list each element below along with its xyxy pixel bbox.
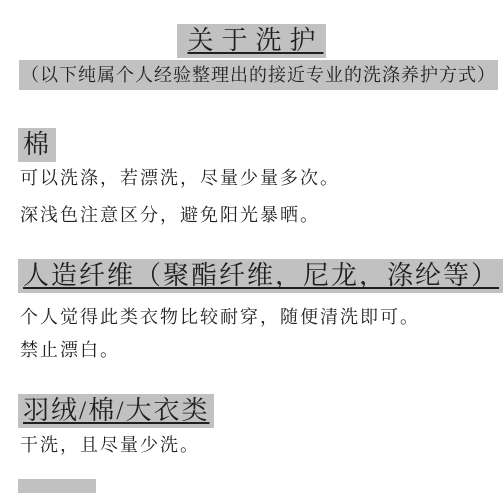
document-subtitle: （以下纯属个人经验整理出的接近专业的洗涤养护方式）: [19, 60, 498, 90]
section-heading-synthetic: 人造纤维（聚酯纤维，尼龙，涤纶等）: [18, 259, 503, 293]
subtitle-row: （以下纯属个人经验整理出的接近专业的洗涤养护方式）: [19, 60, 503, 90]
body-line: 可以洗涤，若漂洗，尽量少量多次。: [20, 168, 503, 189]
cutoff-section-highlight: [18, 479, 96, 493]
document-title: 关于洗护: [177, 24, 325, 58]
section-cotton: 棉: [18, 128, 503, 162]
body-line: 个人觉得此类衣物比较耐穿，随便清洗即可。: [20, 307, 503, 328]
body-line: 干洗，且尽量少洗。: [20, 435, 503, 456]
title-row: 关于洗护: [0, 24, 503, 58]
section-synthetic: 人造纤维（聚酯纤维，尼龙，涤纶等）: [18, 259, 503, 293]
document-page: 关于洗护 （以下纯属个人经验整理出的接近专业的洗涤养护方式） 棉 可以洗涤，若漂…: [0, 0, 503, 493]
section-heading-down-coats: 羽绒/棉/大衣类: [18, 394, 214, 428]
body-line: 深浅色注意区分，避免阳光暴晒。: [20, 205, 503, 226]
section-down-coats: 羽绒/棉/大衣类: [18, 394, 503, 428]
body-line: 禁止漂白。: [20, 340, 503, 361]
section-heading-cotton: 棉: [18, 128, 56, 162]
